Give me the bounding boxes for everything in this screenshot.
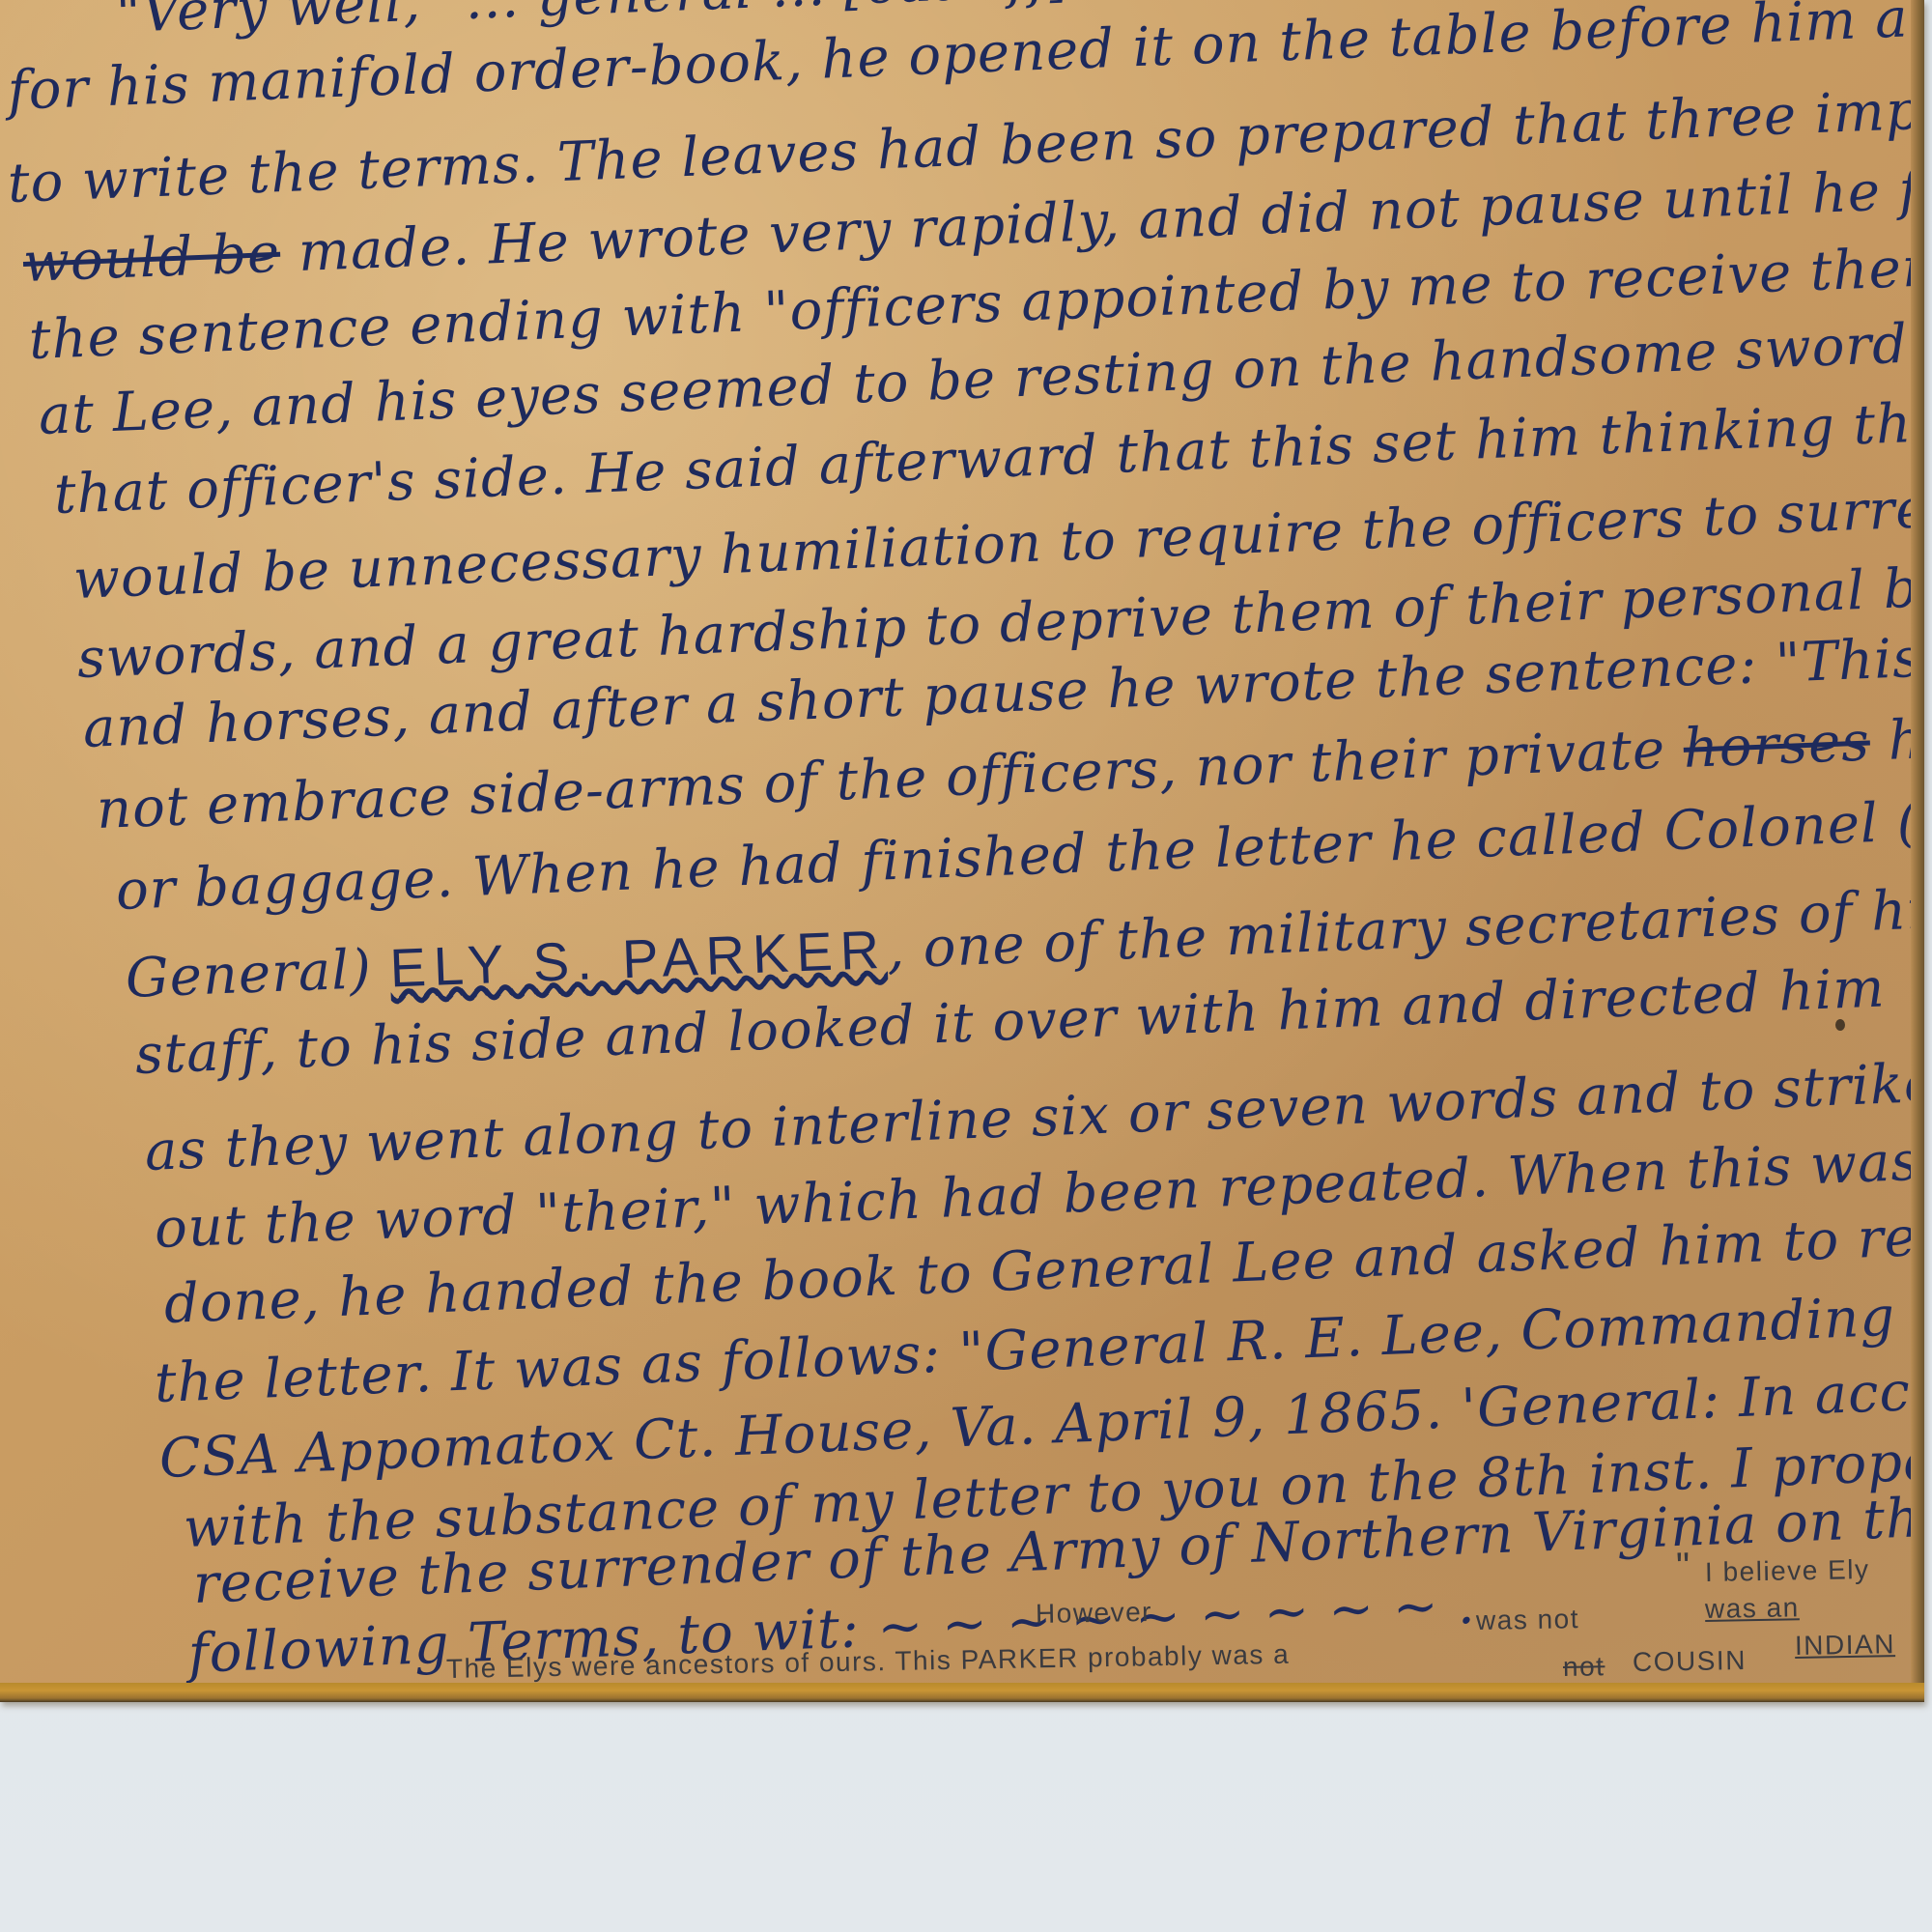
ink-spot xyxy=(1835,1019,1845,1031)
struck-word: not xyxy=(1563,1651,1605,1683)
manila-board: "Very well," ... general ... [cut off] .… xyxy=(0,0,1924,1702)
board-bottom-edge xyxy=(0,1683,1924,1702)
margin-quote-mark: " xyxy=(1676,1546,1691,1589)
struck-text: horses xyxy=(1683,710,1872,780)
line-text: General) xyxy=(125,938,373,1010)
insert-however: However xyxy=(1036,1597,1153,1630)
margin-note-line-3: INDIAN xyxy=(1795,1629,1895,1662)
board-right-edge xyxy=(1911,0,1924,1702)
margin-note-line-1: I believe Ely xyxy=(1705,1554,1870,1588)
ely-parker-name: ELY S. PARKER xyxy=(388,919,888,999)
insert-was-not: was not xyxy=(1476,1604,1580,1636)
margin-note-line-2: was an xyxy=(1705,1592,1800,1625)
cousin-word: COUSIN xyxy=(1633,1645,1747,1678)
struck-text: would be xyxy=(22,222,282,295)
photo-scene: "Very well," ... general ... [cut off] .… xyxy=(0,0,1932,1932)
